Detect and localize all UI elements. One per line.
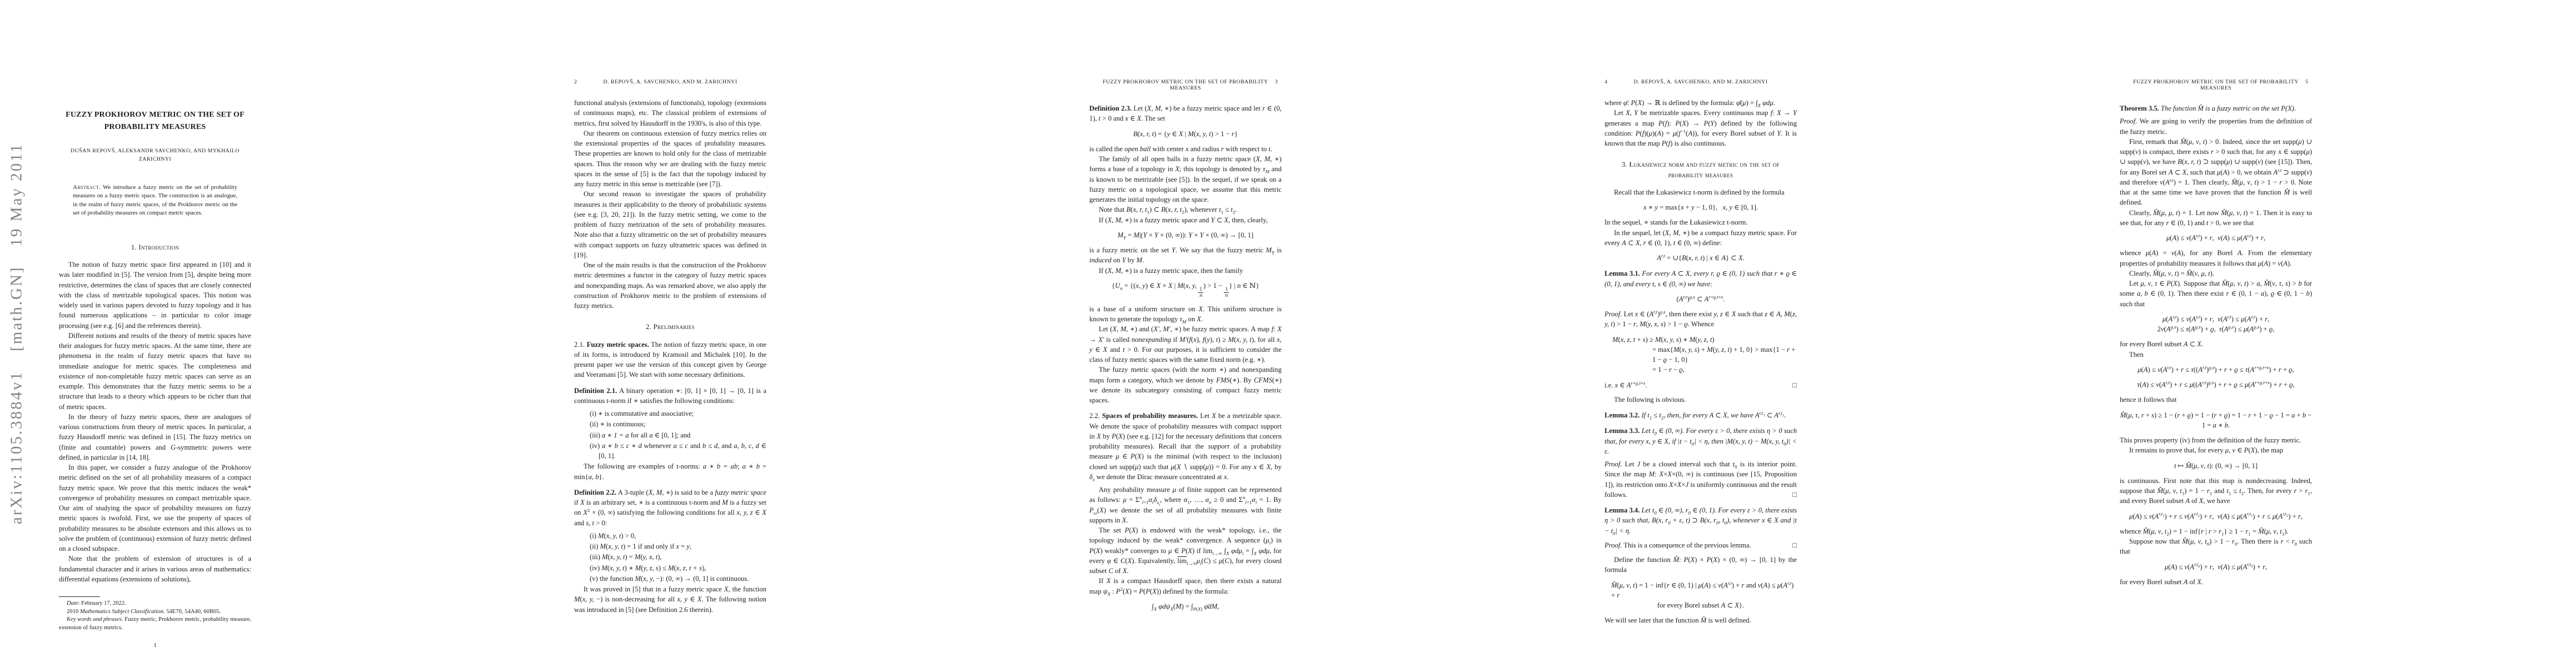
block-p: Suppose now that M̂(μ, ν, t0) > 1 − r0. …: [2120, 536, 2312, 557]
block-pni: is a base of a uniform structure on X. T…: [1089, 304, 1282, 325]
page-number-right: 3: [1275, 79, 1282, 85]
block-display: M(x, z, t + s) ≥ M(x, y, s) ∗ M(y, z, t)…: [1605, 335, 1797, 375]
page-4: 4 D. REPOVŠ, A. SAVCHENKO, AND M. ZARICH…: [1546, 0, 2061, 667]
block-pni: where φ̄: P(X) → ℝ is defined by the for…: [1605, 98, 1797, 108]
block-p: It was proved in [5] that in a fuzzy met…: [574, 584, 766, 615]
block-display: μ(A) ≤ ν(Ar,t1) + r ≤ ν(Ar,t2) + r, ν(A)…: [2120, 511, 2312, 521]
page-2: 2 D. REPOVŠ, A. SAVCHENKO, AND M. ZARICH…: [515, 0, 1030, 667]
block-pni: whence μ(A) = ν(A), for any Borel A. Fro…: [2120, 248, 2312, 268]
block-display: MY = M|(Y × Y × (0, ∞)): Y × Y × (0, ∞) …: [1089, 230, 1282, 240]
block-display: (Ar,t)ϱ,s ⊂ Ar+ϱ,t+s.: [1605, 294, 1797, 304]
block-p: The following is obvious.: [1605, 395, 1797, 405]
block-display: μ(A) ≤ ν(Ar,t) + r, ν(A) ≤ μ(Ar,t) + r,: [2120, 233, 2312, 243]
block-p: Let μ, ν, τ ∈ P(X). Suppose that M̂(μ, ν…: [2120, 278, 2312, 309]
page-content: Theorem 3.5. The function M̂ is a fuzzy …: [2120, 98, 2312, 587]
block-p: Let X, Y be metrizable spaces. Every con…: [1605, 108, 1797, 148]
block-footrule: [59, 596, 100, 597]
page-content: Definition 2.3. Let (X, M, ∗) be a fuzzy…: [1089, 98, 1282, 616]
block-p: Note that the problem of extension of st…: [59, 554, 251, 584]
block-p: The notion of fuzzy metric space first a…: [59, 260, 251, 331]
block-section: 1. Introduction: [59, 242, 251, 252]
block-display: x ∗ y = max{x + y − 1, 0}, x, y ∈ [0, 1]…: [1605, 202, 1797, 212]
block-def: Definition 2.1. A binary operation ∗: [0…: [574, 386, 766, 406]
running-title: FUZZY PROKHOROV METRIC ON THE SET OF PRO…: [2131, 79, 2301, 91]
block-display: μ(A) ≤ ν(Ar,t0) + r, ν(A) ≤ μ(Ar,t0) + r…: [2120, 562, 2312, 572]
block-display: {Un = {(x, y) ∈ X × X | M(x, y, 1n) > 1 …: [1089, 281, 1282, 299]
block-p: Define the function M̂: P(X) × P(X) × (0…: [1605, 555, 1797, 575]
block-p: Different notions and results of the the…: [59, 331, 251, 412]
block-p: Any probability measure μ of finite supp…: [1089, 485, 1282, 525]
block-section: 3. Łukasiewicz norm and fuzzy metric on …: [1605, 160, 1797, 180]
block-title: FUZZY PROKHOROV METRIC ON THE SET OF PRO…: [61, 109, 249, 133]
block-authors: DUŠAN REPOVŠ, ALEKSANDR SAVCHENKO, AND M…: [59, 147, 251, 163]
block-display: ∫X φdψX(M) = ∫P(X) φ̄dM,: [1089, 601, 1282, 611]
block-pni: Proof. We are going to verify the proper…: [2120, 116, 2312, 137]
block-display: t ↦ M̂(μ, ν, t): (0, ∞) → [0, 1]: [2120, 461, 2312, 471]
page-header: 2 D. REPOVŠ, A. SAVCHENKO, AND M. ZARICH…: [574, 79, 766, 85]
block-p: If X is a compact Hausdorff space, then …: [1089, 576, 1282, 596]
block-li: (ii) ∗ is continuous;: [574, 419, 766, 429]
running-title: FUZZY PROKHOROV METRIC ON THE SET OF PRO…: [1100, 79, 1270, 91]
block-pagenum: 1: [59, 641, 251, 650]
block-p: Note that B(x, r, t1) ⊂ B(x, r, t2), whe…: [1089, 205, 1282, 215]
block-pni: for every Borel subset A of X.: [2120, 577, 2312, 587]
page-header: FUZZY PROKHOROV METRIC ON THE SET OF PRO…: [2120, 79, 2312, 91]
block-li: (i) ∗ is commutative and associative;: [574, 409, 766, 419]
page-1: FUZZY PROKHOROV METRIC ON THE SET OF PRO…: [0, 0, 515, 667]
block-p: If (X, M, ∗) is a fuzzy metric space and…: [1089, 215, 1282, 225]
block-pni: is a fuzzy metric on the set Y. We say t…: [1089, 245, 1282, 266]
block-footnote: 2010 Mathematics Subject Classification.…: [59, 608, 251, 616]
block-p: The family of all open balls in a fuzzy …: [1089, 154, 1282, 205]
block-def: Definition 2.2. A 3-tuple (X, M, ∗) is s…: [574, 487, 766, 528]
block-p: Clearly, M̂(μ, ν, t) = M̂(ν, μ, t).: [2120, 268, 2312, 278]
block-p: Clearly, M̂(μ, μ, t) = 1. Let now M̂(μ, …: [2120, 208, 2312, 228]
block-pni: is called the open ball with center x an…: [1089, 144, 1282, 154]
block-p: Our theorem on continuous extension of f…: [574, 128, 766, 190]
block-display: M̂(μ, τ, r + s) ≥ 1 − (r + ϱ) = 1 − (r +…: [2120, 410, 2312, 431]
block-pni: Proof. Let x ∈ (Ar,t)ϱ,s, then there exi…: [1605, 309, 1797, 330]
running-title: D. REPOVŠ, A. SAVCHENKO, AND M. ZARICHNY…: [1616, 79, 1786, 85]
block-li: (i) M(x, y, t) > 0,: [574, 531, 766, 541]
block-p: The following are examples of t-norms: a…: [574, 461, 766, 482]
block-section: 2. Preliminaries: [574, 322, 766, 332]
block-lemma: Lemma 3.1. For every A ⊂ X, every r, ϱ ∈…: [1605, 268, 1797, 289]
block-pni: In the sequel, ∗ stands for the Łukasiew…: [1605, 217, 1797, 227]
block-p: It remains to prove that, for every μ, ν…: [2120, 445, 2312, 455]
page-number-right: 5: [2305, 79, 2312, 85]
block-li: (iii) M(x, y, t) = M(y, x, t),: [574, 552, 766, 562]
block-li: (v) the function M(x, y, −): (0, ∞) → (0…: [574, 574, 766, 584]
block-pni: We will see later that the function M̂ i…: [1605, 615, 1797, 625]
page-3: FUZZY PROKHOROV METRIC ON THE SET OF PRO…: [1030, 0, 1546, 667]
arxiv-watermark: arXiv:1105.3884v1 [math.GN] 19 May 2011: [8, 143, 26, 524]
block-footnote: Key words and phrases. Fuzzy metric, Pro…: [59, 616, 251, 632]
block-qedline: Proof. This is a consequence of the prev…: [1605, 540, 1797, 550]
block-lemma: Lemma 3.2. If t1 ≤ t2, then, for every A…: [1605, 410, 1797, 420]
page-content: FUZZY PROKHOROV METRIC ON THE SET OF PRO…: [59, 109, 251, 650]
block-pni: whence M̂(μ, ν, t2) = 1 − inf{r | r > r1…: [2120, 526, 2312, 536]
block-lemma: Theorem 3.5. The function M̂ is a fuzzy …: [2120, 103, 2312, 113]
block-p: Our second reason to investigate the spa…: [574, 189, 766, 260]
running-title: D. REPOVŠ, A. SAVCHENKO, AND M. ZARICHNY…: [585, 79, 755, 85]
page-5: FUZZY PROKHOROV METRIC ON THE SET OF PRO…: [2061, 0, 2576, 667]
block-p: Let (X, M, ∗) and (X′, M′, ∗) be fuzzy m…: [1089, 324, 1282, 365]
block-p: One of the main results is that the cons…: [574, 260, 766, 311]
block-pni: for every Borel subset A ⊂ X.: [2120, 339, 2312, 349]
block-p: Recall that the Łukasiewicz t-norm is de…: [1605, 187, 1797, 197]
page-content: functional analysis (extensions of funct…: [574, 98, 766, 615]
block-pni: hence it follows that: [2120, 395, 2312, 405]
block-display: Ar,t = ∪{B(x, r, t) | x ∈ A} ⊂ X.: [1605, 253, 1797, 263]
block-pni: functional analysis (extensions of funct…: [574, 98, 766, 128]
block-p: In the theory of fuzzy metric spaces, th…: [59, 412, 251, 462]
block-li: (iv) M(x, y, t) ∗ M(y, z, s) ≤ M(x, z, t…: [574, 563, 766, 573]
paper-sheet: arXiv:1105.3884v1 [math.GN] 19 May 2011 …: [0, 0, 2576, 667]
block-display: M̂(μ, ν, t) = 1 − inf{r ∈ (0, 1) | μ(A) …: [1605, 580, 1797, 611]
block-p: First, remark that M̂(μ, ν, t) > 0. Inde…: [2120, 137, 2312, 208]
block-pni: 2.1. Fuzzy metric spaces. The notion of …: [574, 340, 766, 380]
page-number-left: 4: [1605, 79, 1611, 85]
block-abstract: Abstract. We introduce a fuzzy metric on…: [73, 183, 237, 218]
block-pni: is continuous. First note that this map …: [2120, 476, 2312, 506]
block-display: τ(A) ≤ ν(Ar,t) + r ≤ μ((Ar,t)ϱ,s) + r + …: [2120, 380, 2312, 390]
page-number-left: 2: [574, 79, 581, 85]
block-p: If (X, M, ∗) is a fuzzy metric space, th…: [1089, 266, 1282, 276]
block-p: The fuzzy metric spaces (with the norm ∗…: [1089, 365, 1282, 405]
page-content: where φ̄: P(X) → ℝ is defined by the for…: [1605, 98, 1797, 626]
block-def: Definition 2.3. Let (X, M, ∗) be a fuzzy…: [1089, 103, 1282, 124]
block-pni: 2.2. Spaces of probability measures. Let…: [1089, 411, 1282, 482]
block-p: The set P(X) is endowed with the weak* t…: [1089, 525, 1282, 576]
block-p: Then: [2120, 350, 2312, 360]
page-header: 4 D. REPOVŠ, A. SAVCHENKO, AND M. ZARICH…: [1605, 79, 1797, 85]
block-p: In this paper, we consider a fuzzy analo…: [59, 462, 251, 554]
block-lemma: Lemma 3.3. Let t0 ∈ (0, ∞). For every ε …: [1605, 426, 1797, 456]
block-lemma: Lemma 3.4. Let t0 ∈ (0, ∞), r0 ∈ (0, 1).…: [1605, 505, 1797, 536]
block-p: In the sequel, let (X, M, ∗) be a compac…: [1605, 228, 1797, 248]
block-qedline: i.e. x ∈ Ar+ϱ,t+s.□: [1605, 380, 1797, 390]
page-header: FUZZY PROKHOROV METRIC ON THE SET OF PRO…: [1089, 79, 1282, 91]
block-li: (ii) M(x, y, t) = 1 if and only if x = y…: [574, 541, 766, 551]
block-li: (iv) a ∗ b ≤ c ∗ d whenever a ≤ c and b …: [574, 441, 766, 461]
block-footnote: Date: February 17, 2022.: [59, 600, 251, 608]
block-display: μ(A) ≤ ν(Ar,t) + r ≤ τ((Ar,t)ϱ,s) + r + …: [2120, 365, 2312, 375]
block-pni: Proof. Let J be a closed interval such t…: [1605, 459, 1797, 500]
block-pni: This proves property (iv) from the defin…: [2120, 435, 2312, 445]
block-display: μ(Ar,t) ≤ ν(Ar,t) + r, ν(Ar,t) ≤ μ(Ar,t)…: [2120, 314, 2312, 335]
block-display: B(x, r, t) = {y ∈ X | M(x, y, t) > 1 − r…: [1089, 129, 1282, 139]
block-li: (iii) a ∗ 1 = a for all a ∈ [0, 1]; and: [574, 430, 766, 440]
